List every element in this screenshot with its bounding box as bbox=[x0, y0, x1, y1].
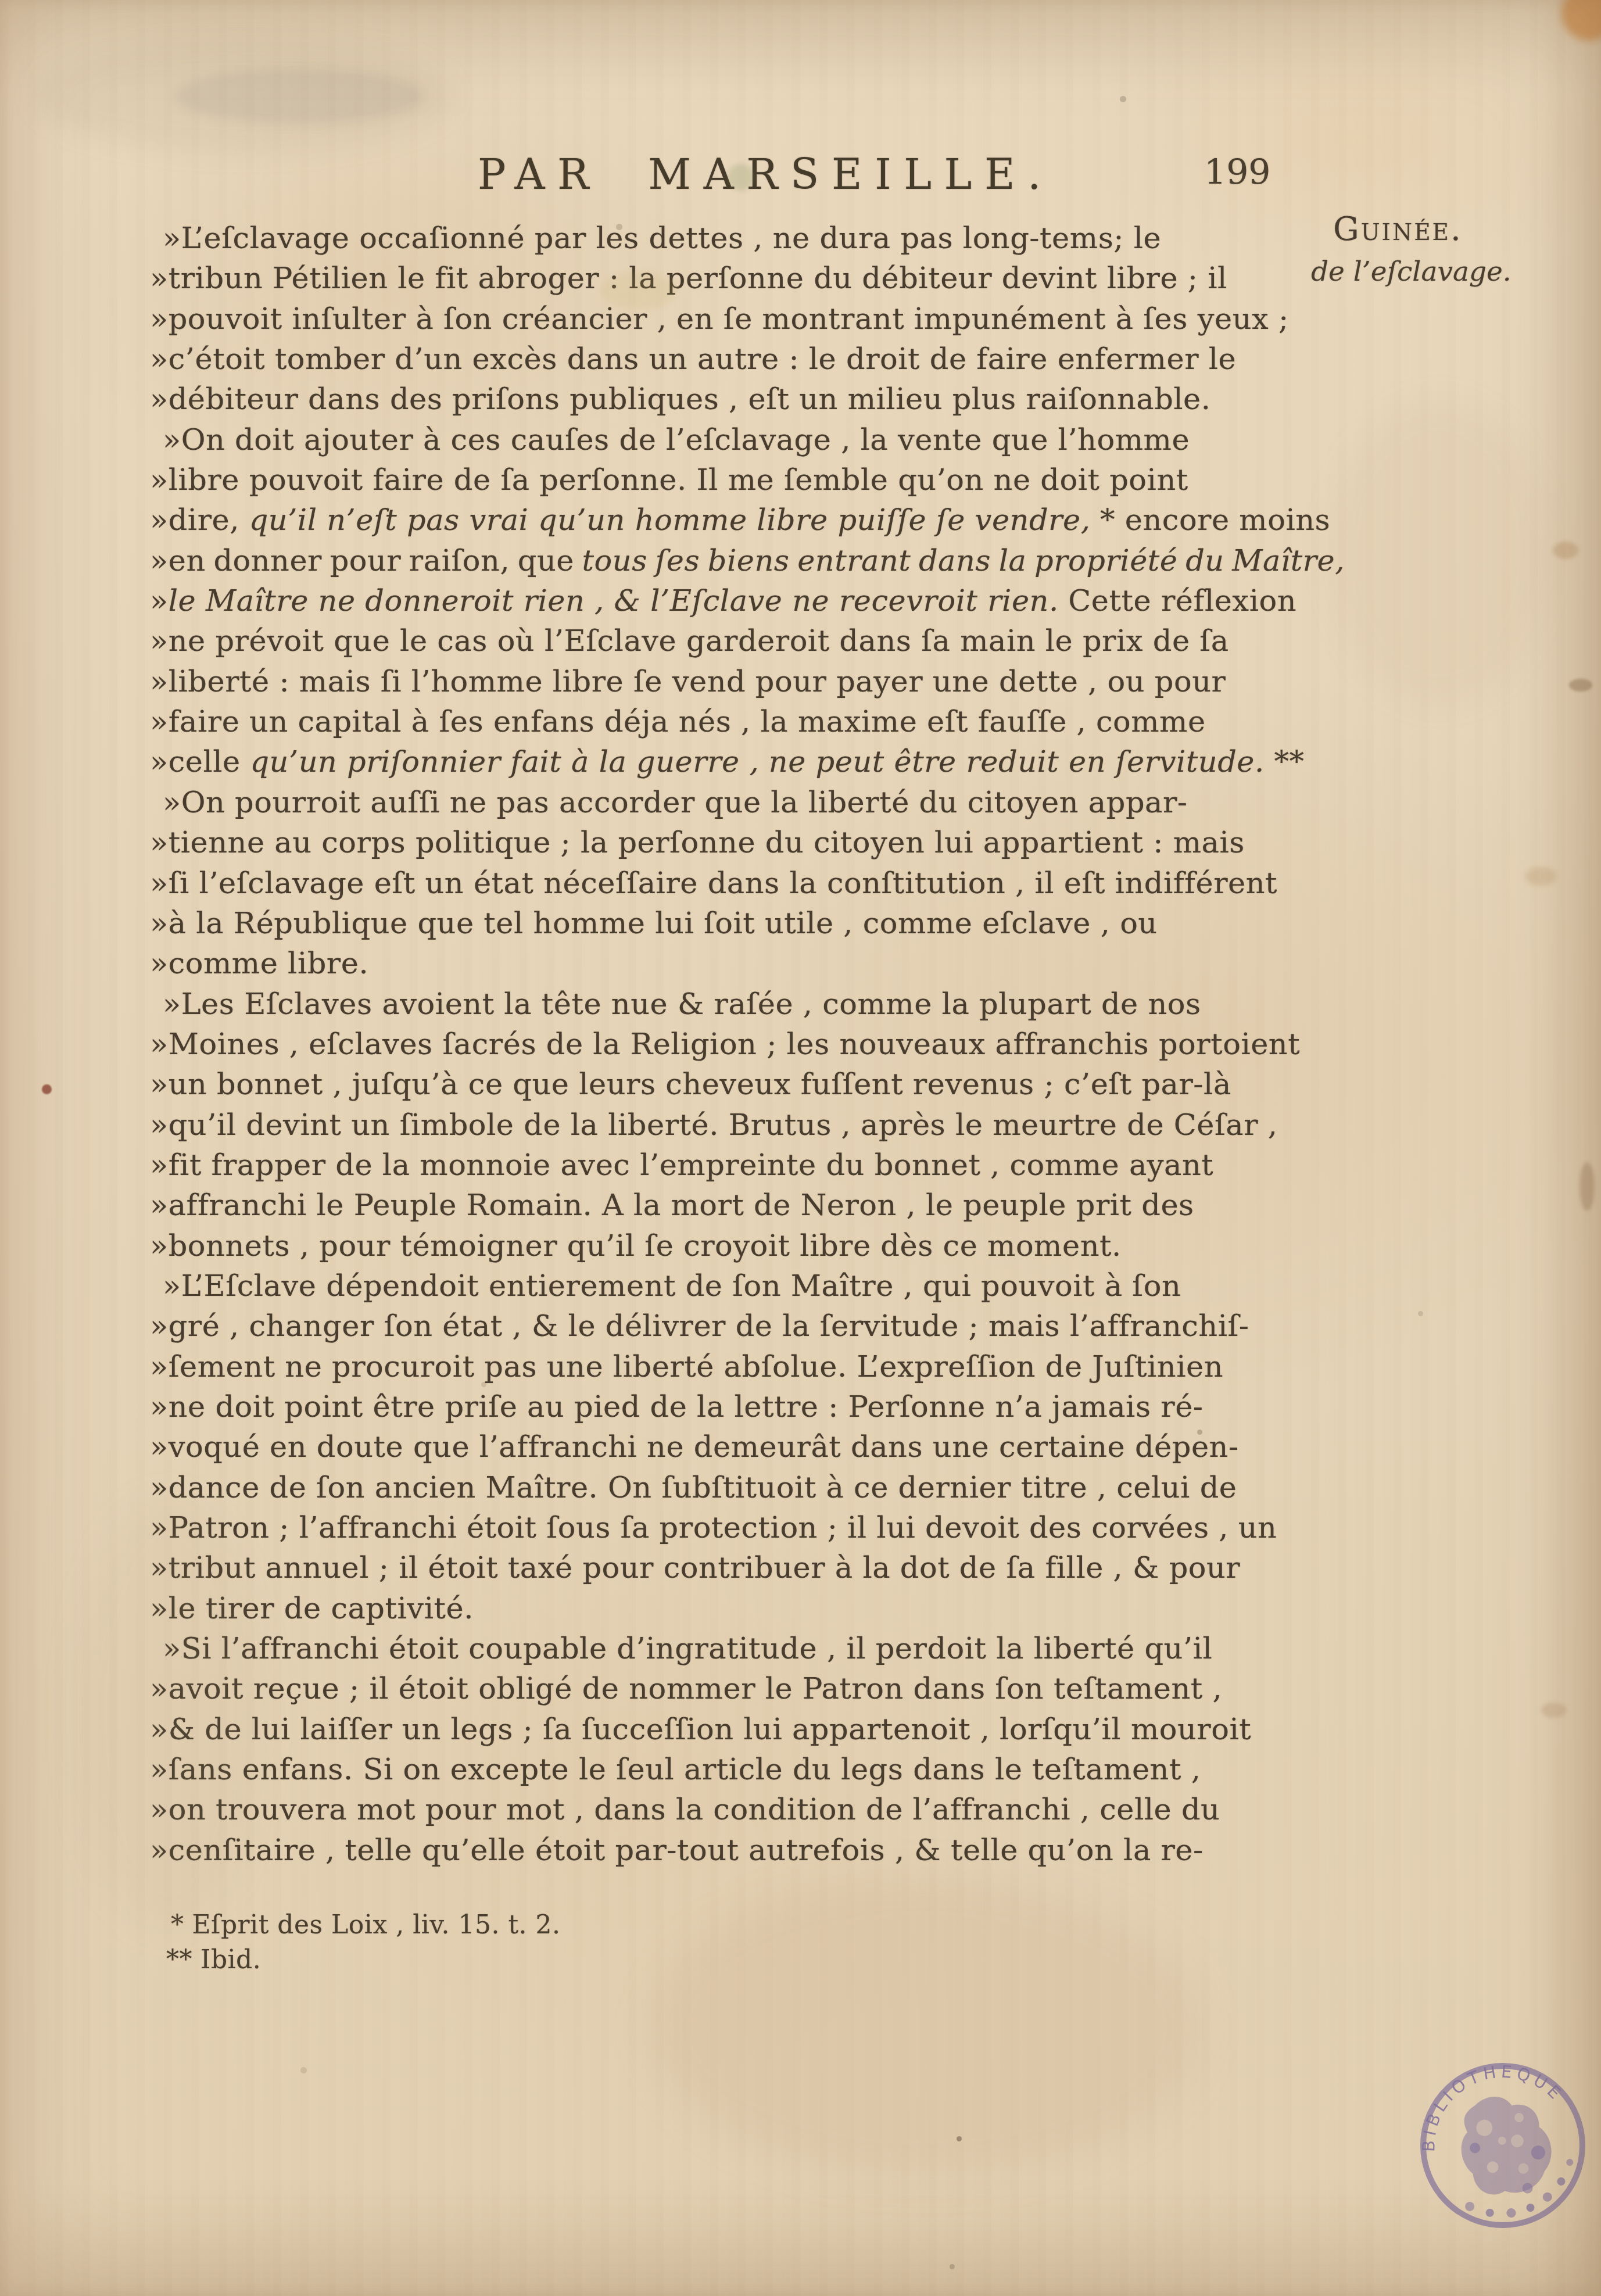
text-segment: qu’il n’eſt pas vrai qu’un homme libre p… bbox=[249, 503, 1091, 538]
text-line: »faire un capital à ſes enfans déja nés … bbox=[150, 702, 1299, 742]
text-segment: »on trouvera mot pour mot , dans la cond… bbox=[150, 1793, 1220, 1827]
text-line: »Moines , eſclaves ſacrés de la Religion… bbox=[150, 1025, 1299, 1065]
running-header-title: PAR MARSEILLE. bbox=[478, 150, 1054, 199]
text-segment: »libre pouvoit faire de ſa perſonne. Il … bbox=[150, 463, 1188, 497]
text-line: »un bonnet , juſqu’à ce que leurs cheveu… bbox=[150, 1065, 1299, 1105]
text-line: »débiteur dans des priſons publiques , e… bbox=[150, 379, 1299, 420]
text-line: »ſi l’eſclavage eſt un état néceſſaire d… bbox=[150, 864, 1299, 904]
text-line: »qu’il devint un ſimbole de la liberté. … bbox=[150, 1105, 1299, 1145]
text-line: »On pourroit auſſi ne pas accorder que l… bbox=[150, 783, 1299, 823]
text-segment: »ſi l’eſclavage eſt un état néceſſaire d… bbox=[150, 866, 1277, 901]
text-line: »On doit ajouter à ces cauſes de l’eſcla… bbox=[150, 420, 1299, 460]
text-segment: »liberté : mais ſi l’homme libre ſe vend… bbox=[150, 665, 1226, 699]
page-number: 199 bbox=[1204, 152, 1271, 193]
text-line: »tienne au corps politique ; la perſonne… bbox=[150, 823, 1299, 863]
text-line: »on trouvera mot pour mot , dans la cond… bbox=[150, 1790, 1299, 1830]
text-line: »Les Eſclaves avoient la tête nue & raſé… bbox=[150, 984, 1299, 1025]
text-segment: »dire, bbox=[150, 503, 249, 538]
footnote-text: Eſprit des Loix , liv. 15. t. 2. bbox=[192, 1910, 561, 1940]
paper-stain bbox=[1579, 1162, 1595, 1211]
paper-stain bbox=[174, 69, 424, 124]
text-line: »le tirer de captivité. bbox=[150, 1589, 1299, 1629]
text-line: »le Maître ne donneroit rien , & l’Eſcla… bbox=[150, 581, 1299, 621]
text-segment: »tribut annuel ; il étoit taxé pour cont… bbox=[150, 1551, 1240, 1585]
paper-specks bbox=[0, 0, 3, 3]
text-segment: »L’Eſclave dépendoit entierement de ſon … bbox=[163, 1269, 1181, 1303]
text-line: »affranchi le Peuple Romain. A la mort d… bbox=[150, 1185, 1299, 1226]
paper-stain bbox=[35, 41, 453, 151]
text-line: »L’Eſclave dépendoit entierement de ſon … bbox=[150, 1266, 1299, 1306]
text-line: »tribut annuel ; il étoit taxé pour cont… bbox=[150, 1548, 1299, 1588]
paper-stain bbox=[1541, 1703, 1567, 1718]
body-text: »L’eſclavage occaſionné par les dettes ,… bbox=[150, 219, 1299, 1871]
library-stamp: BIBLIOTHEQUE bbox=[1411, 2054, 1595, 2237]
text-line: »ſans enfans. Si on excepte le ſeul arti… bbox=[150, 1750, 1299, 1790]
text-segment: »affranchi le Peuple Romain. A la mort d… bbox=[150, 1188, 1194, 1223]
text-segment: »en donner pour raiſon, que bbox=[150, 544, 582, 578]
text-line: »L’eſclavage occaſionné par les dettes ,… bbox=[150, 219, 1299, 259]
text-segment: Cette réflexion bbox=[1059, 584, 1296, 618]
footnote: **Ibid. bbox=[166, 1943, 561, 1978]
text-line: »voqué en doute que l’affranchi ne demeu… bbox=[150, 1427, 1299, 1467]
stamp-crest bbox=[1445, 2082, 1565, 2211]
text-line: »& de lui laiſſer un legs ; ſa ſucceſſio… bbox=[150, 1710, 1299, 1750]
text-line: »c’étoit tomber d’un excès dans un autre… bbox=[150, 339, 1299, 379]
text-line: »liberté : mais ſi l’homme libre ſe vend… bbox=[150, 662, 1299, 702]
text-segment: »faire un capital à ſes enfans déja nés … bbox=[150, 705, 1206, 739]
text-segment: »& de lui laiſſer un legs ; ſa ſucceſſio… bbox=[150, 1713, 1251, 1747]
text-line: »libre pouvoit faire de ſa perſonne. Il … bbox=[150, 460, 1299, 500]
text-segment: »Les Eſclaves avoient la tête nue & raſé… bbox=[163, 987, 1201, 1022]
text-line: »dance de ſon ancien Maître. On ſubſtitu… bbox=[150, 1468, 1299, 1508]
text-segment: »qu’il devint un ſimbole de la liberté. … bbox=[150, 1108, 1278, 1142]
text-segment: »voqué en doute que l’affranchi ne demeu… bbox=[150, 1430, 1239, 1464]
margin-note-heading: Guinée. bbox=[1333, 210, 1463, 248]
text-segment: »On doit ajouter à ces cauſes de l’eſcla… bbox=[163, 423, 1190, 457]
footnote-marker: ** bbox=[166, 1943, 192, 1978]
text-segment: tous ſes biens entrant dans la propriété… bbox=[582, 544, 1345, 578]
text-segment: »ſement ne procuroit pas une liberté abſ… bbox=[150, 1350, 1223, 1384]
text-line: »avoit reçue ; il étoit obligé de nommer… bbox=[150, 1669, 1299, 1709]
text-segment: »fit frapper de la monnoie avec l’emprei… bbox=[150, 1148, 1213, 1183]
text-segment: »ſans enfans. Si on excepte le ſeul arti… bbox=[150, 1753, 1201, 1787]
text-segment: »On pourroit auſſi ne pas accorder que l… bbox=[163, 786, 1188, 820]
text-line: »fit frapper de la monnoie avec l’emprei… bbox=[150, 1145, 1299, 1185]
text-segment: »comme libre. bbox=[150, 947, 368, 981]
text-segment: »celle bbox=[150, 745, 250, 779]
paper-stain bbox=[1525, 867, 1556, 886]
text-segment: qu’un priſonnier fait à la guerre , ne p… bbox=[250, 745, 1264, 779]
text-line: »ne doit point être priſe au pied de la … bbox=[150, 1387, 1299, 1427]
text-segment: »c’étoit tomber d’un excès dans un autre… bbox=[150, 342, 1236, 377]
text-segment: »le tirer de captivité. bbox=[150, 1592, 474, 1626]
paper-stain bbox=[1553, 542, 1578, 559]
paper-stain bbox=[651, 1877, 1203, 2179]
text-line: »pouvoit inſulter à ſon créancier , en ſ… bbox=[150, 299, 1299, 339]
footnote: *Eſprit des Loix , liv. 15. t. 2. bbox=[166, 1908, 561, 1943]
paper-fleck bbox=[42, 1084, 52, 1094]
text-segment: »bonnets , pour témoigner qu’il ſe croyo… bbox=[150, 1229, 1122, 1263]
text-line: »tribun Pétilien le fit abroger : la per… bbox=[150, 259, 1299, 299]
text-line: »ne prévoit que le cas où l’Eſclave gard… bbox=[150, 621, 1299, 661]
text-line: »en donner pour raiſon, que tous ſes bie… bbox=[150, 541, 1299, 581]
paper-stain bbox=[1561, 0, 1601, 41]
text-line: »comme libre. bbox=[150, 944, 1299, 984]
text-segment: »ne prévoit que le cas où l’Eſclave gard… bbox=[150, 624, 1229, 658]
text-line: »celle qu’un priſonnier fait à la guerre… bbox=[150, 742, 1299, 782]
text-segment: * encore moins bbox=[1090, 503, 1330, 538]
text-line: »Patron ; l’affranchi étoit ſous ſa prot… bbox=[150, 1508, 1299, 1548]
text-segment: le Maître ne donneroit rien , & l’Eſclav… bbox=[169, 584, 1059, 618]
text-segment: »cenſitaire , telle qu’elle étoit par-to… bbox=[150, 1833, 1204, 1868]
text-line: »dire, qu’il n’eſt pas vrai qu’un homme … bbox=[150, 500, 1299, 540]
text-segment: »gré , changer ſon état , & le délivrer … bbox=[150, 1309, 1249, 1344]
text-segment: »dance de ſon ancien Maître. On ſubſtitu… bbox=[150, 1471, 1237, 1505]
text-line: »cenſitaire , telle qu’elle étoit par-to… bbox=[150, 1831, 1299, 1871]
text-segment: »avoit reçue ; il étoit obligé de nommer… bbox=[150, 1672, 1222, 1706]
text-line: »à la République que tel homme lui ſoit … bbox=[150, 904, 1299, 944]
text-segment: »L’eſclavage occaſionné par les dettes ,… bbox=[163, 221, 1161, 256]
text-segment: »tienne au corps politique ; la perſonne… bbox=[150, 826, 1245, 860]
text-segment: »à la République que tel homme lui ſoit … bbox=[150, 907, 1158, 941]
text-segment: »Si l’affranchi étoit coupable d’ingrati… bbox=[163, 1632, 1212, 1666]
text-segment: »Patron ; l’affranchi étoit ſous ſa prot… bbox=[150, 1511, 1277, 1545]
text-segment: » bbox=[150, 584, 169, 618]
footnote-marker: * bbox=[171, 1908, 184, 1943]
text-segment: »Moines , eſclaves ſacrés de la Religion… bbox=[150, 1027, 1300, 1062]
text-segment: »un bonnet , juſqu’à ce que leurs cheveu… bbox=[150, 1068, 1231, 1102]
paper-stain bbox=[1331, 401, 1546, 703]
text-segment: »pouvoit inſulter à ſon créancier , en ſ… bbox=[150, 302, 1289, 336]
text-line: »gré , changer ſon état , & le délivrer … bbox=[150, 1306, 1299, 1346]
text-segment: ** bbox=[1265, 745, 1305, 779]
margin-note-subheading: de l’eſclavage. bbox=[1311, 256, 1512, 288]
text-line: »bonnets , pour témoigner qu’il ſe croyo… bbox=[150, 1226, 1299, 1266]
text-line: »Si l’affranchi étoit coupable d’ingrati… bbox=[150, 1629, 1299, 1669]
text-segment: »ne doit point être priſe au pied de la … bbox=[150, 1390, 1204, 1424]
text-line: »ſement ne procuroit pas une liberté abſ… bbox=[150, 1347, 1299, 1387]
book-page: PAR MARSEILLE. 199 Guinée. de l’eſclavag… bbox=[0, 0, 1601, 2296]
text-segment: »débiteur dans des priſons publiques , e… bbox=[150, 382, 1211, 417]
footnotes: *Eſprit des Loix , liv. 15. t. 2.**Ibid. bbox=[166, 1908, 561, 1978]
text-segment: »tribun Pétilien le fit abroger : la per… bbox=[150, 262, 1227, 296]
paper-stain bbox=[1569, 679, 1592, 692]
footnote-text: Ibid. bbox=[200, 1945, 261, 1975]
